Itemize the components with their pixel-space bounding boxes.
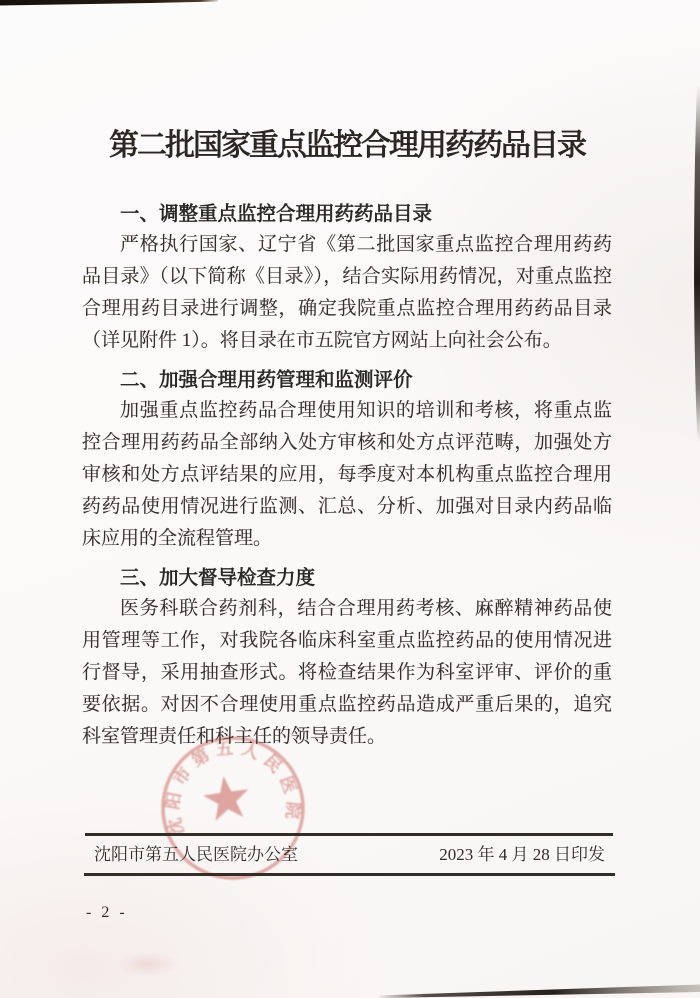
section-3-heading: 三、加大督导检查力度 [82,563,612,593]
seal-arc-text: 沈阳市第五人民医院 [153,729,307,845]
footer-rule-top [85,833,613,836]
footer-rule-bottom [84,873,615,876]
page-number: - 2 - [86,904,128,922]
footer-row: 沈阳市第五人民医院办公室 2023 年 4 月 28 日印发 [85,844,609,866]
svg-text:沈阳市第五人民医院: 沈阳市第五人民医院 [153,729,307,845]
document-title: 第二批国家重点监控合理用药药品目录 [82,127,612,165]
section-1-heading: 一、调整重点监控合理用药药品目录 [82,199,612,229]
scanned-document-page: 第二批国家重点监控合理用药药品目录 一、调整重点监控合理用药药品目录 严格执行国… [0,0,700,998]
seal-star-icon [201,773,252,822]
bottom-edge-shadow [376,985,700,998]
footer-issuer: 沈阳市第五人民医院办公室 [85,844,298,866]
document-body: 第二批国家重点监控合理用药药品目录 一、调整重点监控合理用药药品目录 严格执行国… [82,127,612,753]
right-page-curl-shadow [694,86,700,442]
section-1-paragraph: 严格执行国家、辽宁省《第二批国家重点监控合理用药药品目录》（以下简称《目录》），… [82,229,612,357]
section-2-heading: 二、加强合理用药管理和监测评价 [82,365,612,395]
section-2-paragraph: 加强重点监控药品合理使用知识的培训和考核，将重点监控合理用药药品全部纳入处方审核… [82,395,612,555]
ink-smudge [118,952,178,976]
footer-print-date: 2023 年 4 月 28 日印发 [439,844,609,866]
top-left-edge-shadow [0,0,218,6]
